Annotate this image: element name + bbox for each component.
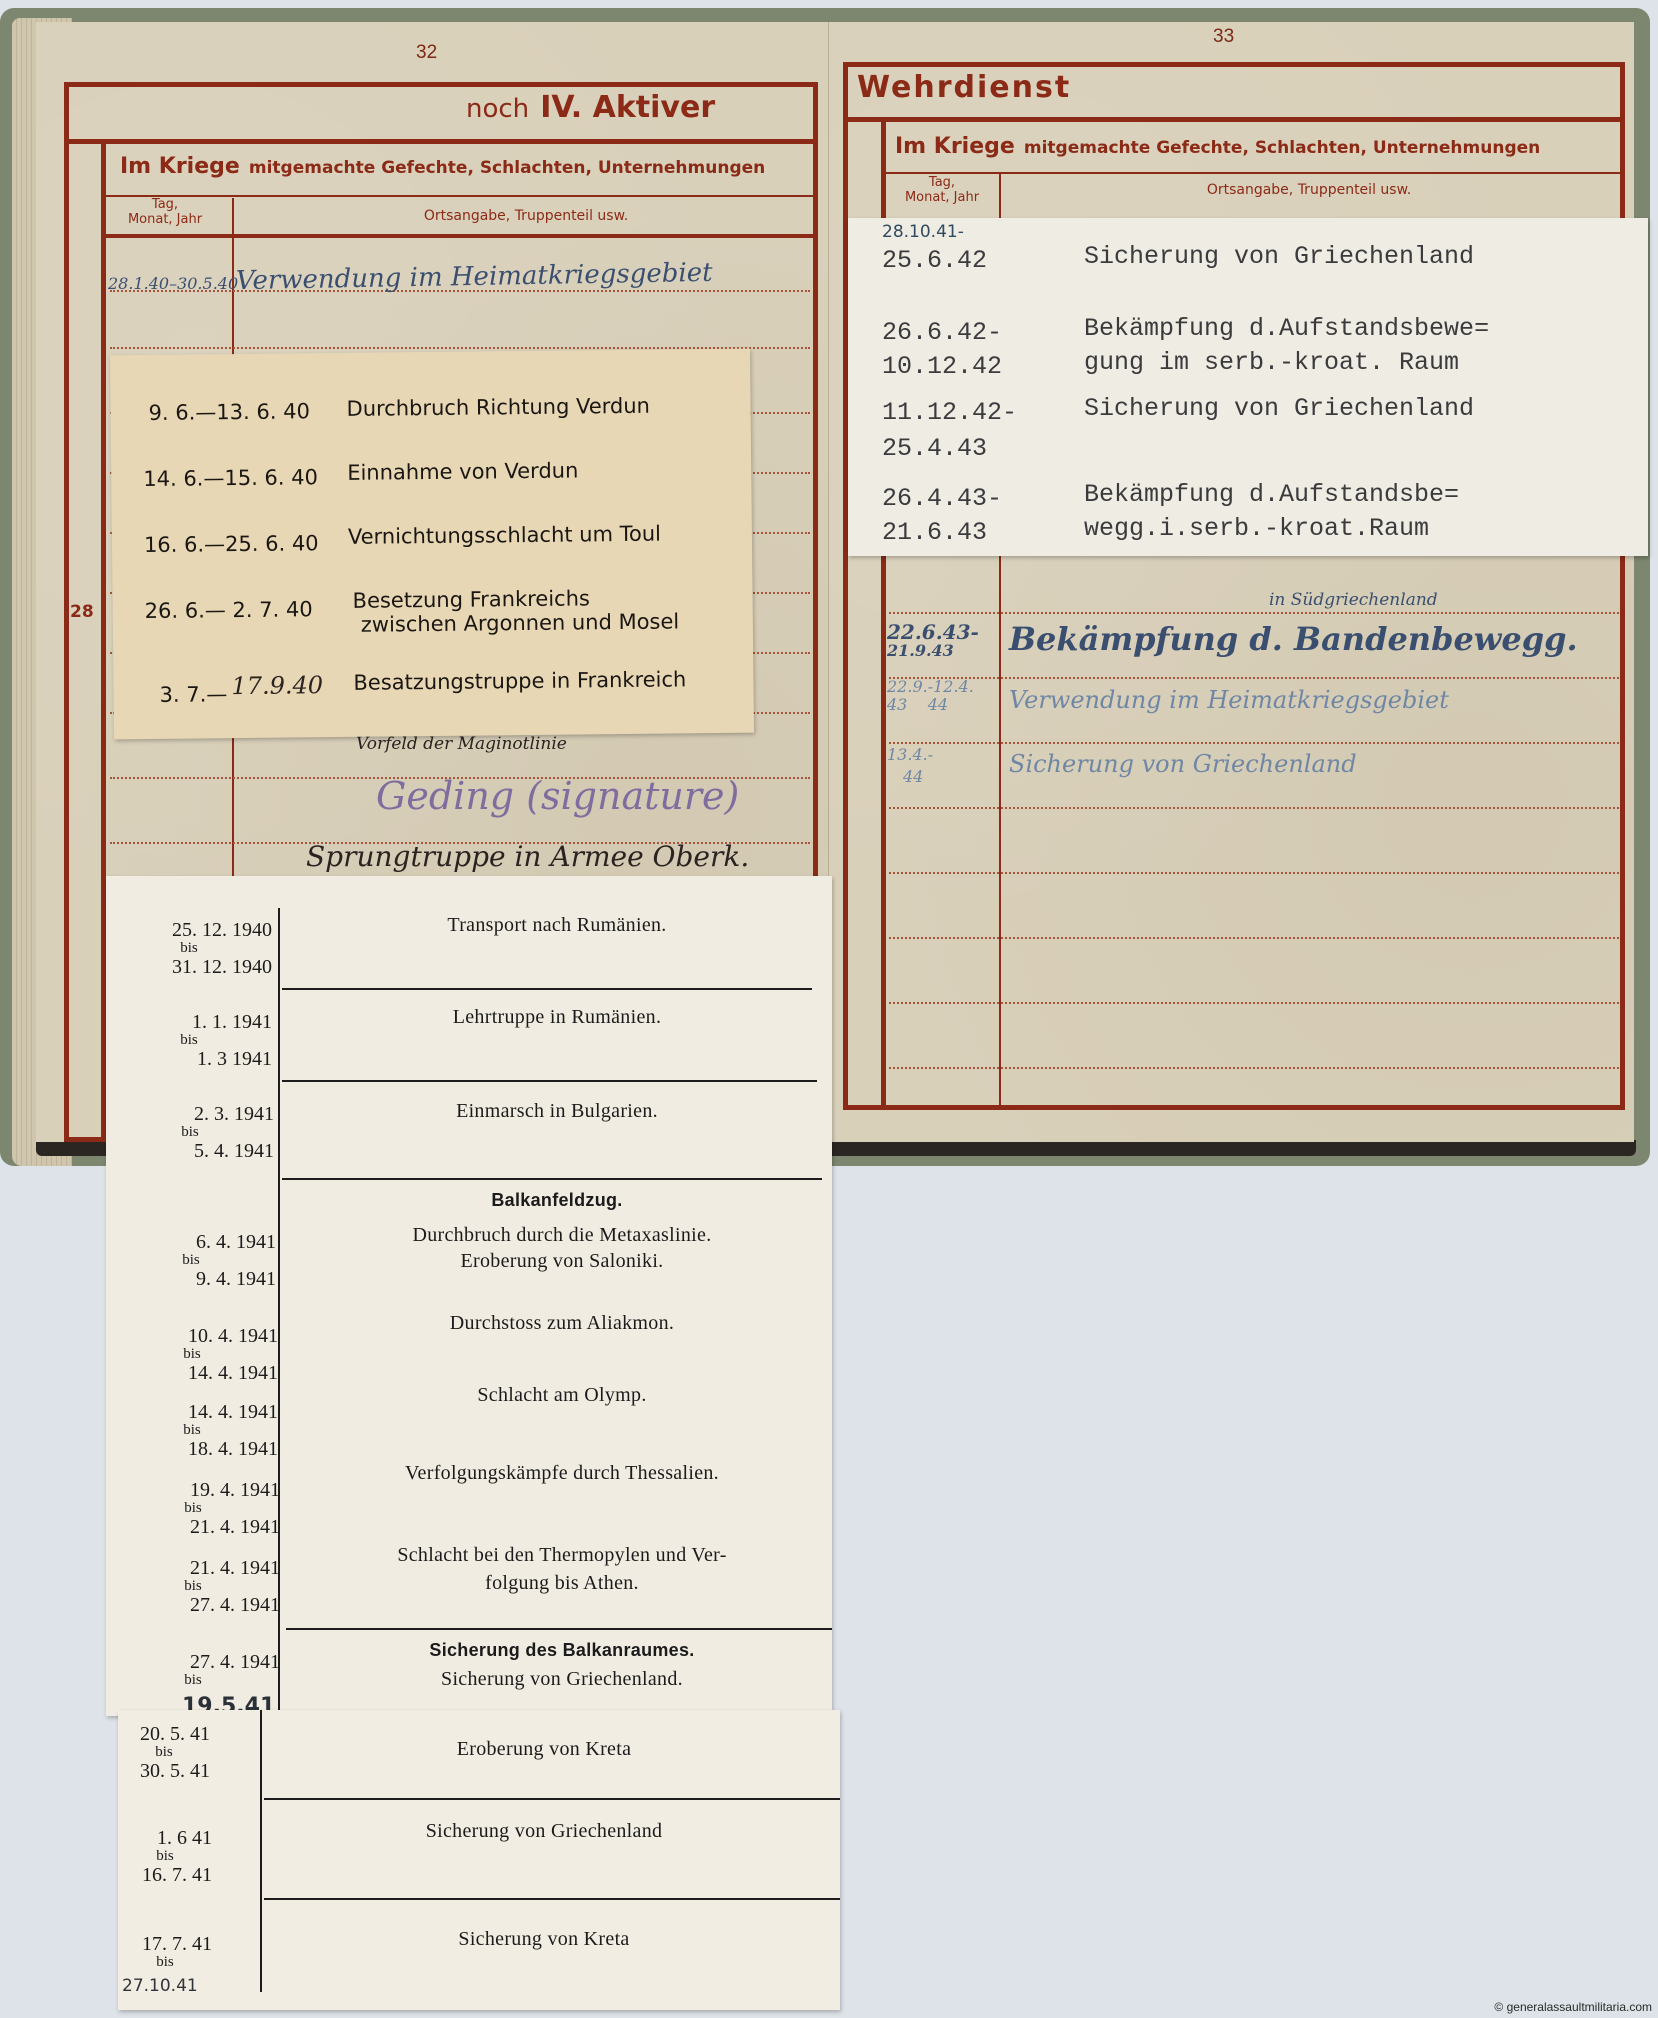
row-divider [286,1628,832,1630]
row-divider [264,1898,840,1900]
header-divider [843,117,1625,122]
date-range: 10. 4. 1941 bis 14. 4. 1941 [106,1326,278,1384]
typed-date: 26.4.43- [882,484,1002,513]
ruled-line [889,807,1619,809]
date-column-divider [260,1710,262,1992]
ruled-line [889,1002,1619,1004]
handwritten-date: 27.10.41 [122,1976,198,1996]
slip-row-text: Besatzungstruppe in Frankreich [353,667,686,694]
right-page: 33 Wehrdienst Im Kriege mitgemachte Gefe… [828,22,1634,1142]
event-text: Schlacht bei den Thermopylen und Ver- [282,1544,842,1567]
slip-row-date: 9. 6.—13. 6. 40 [148,399,310,425]
event-text: Durchbruch durch die Metaxaslinie. [282,1224,842,1247]
slip-row-date: 26. 6.— 2. 7. 40 [145,597,313,623]
handwritten-note: Sprungtruppe in Armee Oberk. [306,840,749,873]
handwritten-date: 28.1.40–30.5.40 [108,274,238,293]
handwritten-entry: Bekämpfung d. Bandenbewegg. [1009,620,1578,658]
handwritten-entry: Verwendung im Heimatkriegsgebiet [1009,686,1449,714]
handwritten-entry: Sicherung von Griechenland [1009,750,1357,778]
event-text: Eroberung von Kreta [264,1738,824,1761]
section-title-left: Im Kriege mitgemachte Gefechte, Schlacht… [120,154,765,179]
event-text: Sicherung von Kreta [264,1928,824,1951]
slip-row-text: Durchbruch Richtung Verdun [346,394,650,421]
event-text: Einmarsch in Bulgarien. [282,1100,832,1123]
date-range: 25. 12. 1940 bis 31. 12. 1940 [106,920,272,978]
left-header-title: noch IV. Aktiver [466,90,715,125]
pasted-slip-typed: 28.10.41- 25.6.42 Sicherung von Griechen… [848,218,1648,556]
col-header-place: Ortsangabe, Truppenteil usw. [236,208,816,224]
row-divider [282,988,812,990]
handwritten-date: 13.4.- 44 [887,744,933,789]
date-range: 21. 4. 1941 bis 27. 4. 1941 [106,1558,280,1616]
ruled-line [889,742,1619,744]
slip-row-date: 3. 7.— [159,682,227,707]
handwritten-date: 17.9.40 [231,671,323,700]
row-divider [282,1080,817,1082]
handwritten-date: 22.6.43- 21.9.43 [887,622,979,660]
date-range: 6. 4. 1941 bis 9. 4. 1941 [106,1232,276,1290]
pasted-slip-kreta: 20. 5. 41 bis 30. 5. 41 Eroberung von Kr… [118,1710,840,2010]
date-range: 20. 5. 41 bis 30. 5. 41 [118,1724,210,1782]
header-divider [64,139,818,144]
row-marker-28: 28 [70,602,94,622]
event-text: Transport nach Rumänien. [282,914,832,937]
date-range: 1. 6 41 bis 16. 7. 41 [118,1828,212,1886]
handwritten-date: 28.10.41- [882,222,964,242]
section-title-right: Im Kriege mitgemachte Gefechte, Schlacht… [895,134,1540,159]
slip-row-text: Besetzung Frankreichs [352,586,590,612]
ruled-line [889,937,1619,939]
page-number-right: 33 [1213,26,1234,48]
typed-date: 10.12.42 [882,352,1002,381]
event-text: Sicherung von Griechenland. [282,1668,842,1691]
event-text-2: folgung bis Athen. [282,1572,842,1595]
ruled-line [889,677,1619,679]
section-heading-sicherung: Sicherung des Balkanraumes. [282,1640,842,1661]
watermark: © generalassaultmilitaria.com [1494,2000,1652,2014]
date-range: 2. 3. 1941 bis 5. 4. 1941 [106,1104,274,1162]
typed-text: Sicherung von Griechenland [1084,394,1474,423]
signature: Geding (signature) [376,774,739,818]
pasted-slip-france: 9. 6.—13. 6. 40 Durchbruch Richtung Verd… [110,349,754,740]
date-range: 1. 1. 1941 bis 1. 3 1941 [106,1012,272,1070]
typed-text: Bekämpfung d.Aufstandsbe= [1084,480,1459,509]
typed-text: gung im serb.-kroat. Raum [1084,348,1459,377]
page-number-left: 32 [416,42,437,64]
slip-row-date: 16. 6.—25. 6. 40 [144,531,319,557]
event-text: Verfolgungskämpfe durch Thessalien. [282,1462,842,1485]
typed-date: 26.6.42- [882,318,1002,347]
ruled-line [889,872,1619,874]
date-range: 27. 4. 1941 bis [106,1652,280,1689]
col-header-date: Tag, Monat, Jahr [886,176,998,206]
typed-text: Bekämpfung d.Aufstandsbewe= [1084,314,1489,343]
typed-text: wegg.i.serb.-kroat.Raum [1084,514,1429,543]
event-text: Sicherung von Griechenland [264,1820,824,1843]
date-range: 17. 7. 41 bis [118,1934,212,1971]
section-divider [106,195,818,197]
slip-row-text: Vernichtungsschlacht um Toul [348,522,661,549]
slip-row-text: Einnahme von Verdun [347,458,578,484]
typed-date: 25.4.43 [882,434,987,463]
event-text: Lehrtruppe in Rumänien. [282,1006,832,1029]
ruled-line [889,1067,1619,1069]
date-range: 14. 4. 1941 bis 18. 4. 1941 [106,1402,278,1460]
row-divider [282,1178,822,1180]
slip-row-text-2: zwischen Argonnen und Mosel [361,609,680,636]
col-header-divider [106,234,818,238]
row-divider [264,1798,840,1800]
pasted-slip-balkan: 25. 12. 1940 bis 31. 12. 1940 Transport … [106,876,832,1716]
handwritten-note-above: in Südgriechenland [1269,590,1438,610]
handwritten-note: Vorfeld der Maginotlinie [356,734,567,754]
right-header-title: Wehrdienst [857,70,1071,105]
handwritten-date: 22.9.-12.4. 43 44 [887,678,974,713]
event-text-2: Eroberung von Saloniki. [282,1250,842,1273]
col-header-place: Ortsangabe, Truppenteil usw. [1009,182,1609,198]
slip-row-date: 14. 6.—15. 6. 40 [143,465,318,491]
event-text: Durchstoss zum Aliakmon. [282,1312,842,1335]
date-range: 19. 4. 1941 bis 21. 4. 1941 [106,1480,280,1538]
typed-date: 11.12.42- [882,398,1017,427]
typed-date: 25.6.42 [882,246,987,275]
event-text: Schlacht am Olymp. [282,1384,842,1407]
typed-date: 21.6.43 [882,518,987,547]
section-divider [886,172,1625,174]
col-header-date: Tag, Monat, Jahr [106,198,224,228]
typed-text: Sicherung von Griechenland [1084,242,1474,271]
ruled-line [889,612,1619,614]
section-heading-balkanfeldzug: Balkanfeldzug. [282,1190,832,1211]
